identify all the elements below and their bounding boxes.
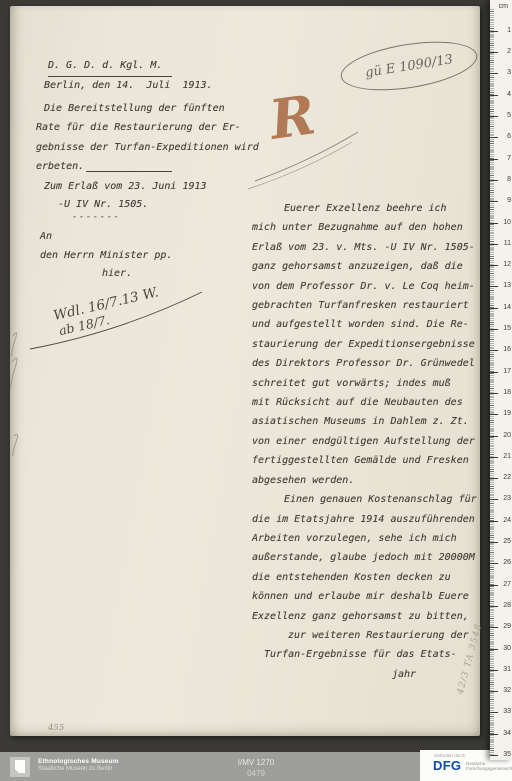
dfg-name-line2: Forschungsgemeinschaft [466, 766, 512, 771]
ruler-cm-label: 28 [499, 602, 511, 610]
reference-line-1: Zum Erlaß vom 23. Juni 1913 [44, 177, 207, 196]
letter-text-line: staurierung der Expeditionsergebnisse [252, 335, 480, 354]
ruler-cm-tick [490, 521, 498, 522]
ruler-cm-tick [490, 734, 498, 735]
letter-text-line: Euerer Exzellenz beehre ich [252, 199, 480, 218]
ruler-cm-tick [490, 329, 498, 330]
ruler-cm-label: 24 [499, 517, 511, 525]
letter-body: Euerer Exzellenz beehre ichmich unter Be… [252, 199, 480, 684]
ruler-cm-label: 33 [499, 708, 511, 716]
ruler-cm-tick [490, 542, 498, 543]
letter-text-line: von einer endgültigen Aufstellung der [252, 432, 480, 451]
letter-header-abbreviation: D. G. D. d. Kgl. M. [48, 56, 172, 77]
ruler-cm-label: 17 [499, 368, 511, 376]
ruler-cm-tick [490, 116, 498, 117]
ruler-cm-tick [490, 286, 498, 287]
ruler-cm-tick [490, 627, 498, 628]
letter-text-line: und aufgestellt worden sind. Die Re- [252, 315, 480, 334]
letter-text-line: des Direktors Professor Dr. Grünwedel [252, 354, 480, 373]
pencil-page-number: 455 [48, 723, 64, 733]
ruler-cm-tick [490, 159, 498, 160]
letter-text-line: Exzellenz ganz gehorsamst zu bitten, [252, 607, 480, 626]
ruler-cm-tick [490, 393, 498, 394]
ruler-cm-tick [490, 755, 498, 756]
ruler-cm-label: 22 [499, 474, 511, 482]
ruler-cm-tick [490, 478, 498, 479]
letter-text-line: mich unter Bezugnahme auf den hohen [252, 218, 480, 237]
dfg-acronym: DFG [433, 758, 461, 773]
addressee-name: den Herrn Minister pp. [40, 246, 172, 265]
ruler-cm-tick [490, 649, 498, 650]
paraph-initial: R [266, 87, 318, 147]
ruler-cm-tick [490, 670, 498, 671]
ruler-cm-tick [490, 712, 498, 713]
ruler-cm-tick [490, 436, 498, 437]
ruler-cm-tick [490, 563, 498, 564]
ruler-cm-tick [490, 223, 498, 224]
ruler-cm-label: 26 [499, 559, 511, 567]
archive-scan-viewer: D. G. D. d. Kgl. M. Berlin, den 14. Juli… [0, 0, 512, 781]
registry-number-annotation: gü E 1090/13 [337, 33, 480, 98]
letter-text-line: mit Rücksicht auf die Neubauten des [252, 393, 480, 412]
ruler-cm-label: 7 [499, 155, 511, 163]
viewer-footer-bar: Ethnologisches Museum Staatliche Museen … [0, 752, 512, 781]
ruler-cm-label: 25 [499, 538, 511, 546]
letter-paper: D. G. D. d. Kgl. M. Berlin, den 14. Juli… [10, 6, 480, 736]
letter-text-line: Rate für die Restaurierung der Er- [36, 118, 259, 137]
ruler-cm-tick [490, 457, 498, 458]
letter-text-line: gebrachten Turfanfresken restauriert [252, 296, 480, 315]
letter-text-line: außerstande, glaube jedoch mit 20000M [252, 548, 480, 567]
ruler-cm-tick [490, 244, 498, 245]
letter-text-line: erbeten. [36, 157, 259, 176]
registry-number-text: gü E 1090/13 [364, 52, 454, 81]
letter-dateline: Berlin, den 14. Juli 1913. [44, 76, 213, 95]
letter-text-line: jahr [252, 665, 480, 684]
ruler-cm-label: 15 [499, 325, 511, 333]
reference-dashes: ------- [72, 208, 120, 227]
ruler-cm-label: 2 [499, 48, 511, 56]
letter-text-line: Arbeiten vorzulegen, sehe ich mich [252, 529, 480, 548]
ruler-cm-tick [490, 691, 498, 692]
ruler-cm-tick [490, 265, 498, 266]
letter-text-line: ganz gehorsamst anzuzeigen, daß die [252, 257, 480, 276]
ruler-cm-label: 16 [499, 346, 511, 354]
ruler-cm-tick [490, 95, 498, 96]
ruler-cm-tick [490, 414, 498, 415]
ruler-cm-tick [490, 499, 498, 500]
ruler-cm-label: 3 [499, 69, 511, 77]
ruler-cm-label: 6 [499, 133, 511, 141]
ruler-cm-tick [490, 137, 498, 138]
ruler-cm-label: 30 [499, 645, 511, 653]
ruler-cm-label: 18 [499, 389, 511, 397]
letter-text-line: Einen genauen Kostenanschlag für [252, 490, 480, 509]
ruler-cm-label: 20 [499, 432, 511, 440]
letter-text-line: Turfan-Ergebnisse für das Etats- [252, 645, 480, 664]
ruler-cm-label: 14 [499, 304, 511, 312]
letter-text-line: zur weiteren Restaurierung der [252, 626, 480, 645]
ruler-cm-label: 23 [499, 495, 511, 503]
letter-subject-block: Die Bereitstellung der fünftenRate für d… [36, 99, 259, 177]
ruler-cm-label: 1 [499, 27, 511, 35]
ruler-cm-tick [490, 372, 498, 373]
ruler-cm-tick [490, 585, 498, 586]
ruler-cm-tick [490, 31, 498, 32]
ruler-cm-label: 32 [499, 687, 511, 695]
letter-text-line: die im Etatsjahre 1914 auszuführenden [252, 510, 480, 529]
ruler-cm-tick [490, 350, 498, 351]
ruler-cm-tick [490, 180, 498, 181]
ruler-cm-tick [490, 606, 498, 607]
letter-text-line: von dem Professor Dr. v. Le Coq heim- [252, 277, 480, 296]
letter-text-line: fertiggestellten Gemälde und Fresken [252, 451, 480, 470]
ruler-cm-label: 34 [499, 730, 511, 738]
ruler-cm-label: 21 [499, 453, 511, 461]
letter-text-line: abgesehen werden. [252, 471, 480, 490]
ruler-cm-label: 11 [499, 240, 511, 248]
ruler-cm-label: 29 [499, 623, 511, 631]
ruler-cm-label: 13 [499, 282, 511, 290]
letter-text-line: asiatischen Museums in Dahlem z. Zt. [252, 412, 480, 431]
ruler-cm-label: 31 [499, 666, 511, 674]
ruler-cm-label: 35 [499, 751, 511, 759]
dfg-full-name: Deutsche Forschungsgemeinschaft [466, 761, 512, 771]
ruler-cm-tick [490, 308, 498, 309]
ruler-cm-label: 4 [499, 91, 511, 99]
ruler-cm-label: 27 [499, 581, 511, 589]
ruler-cm-label: 12 [499, 261, 511, 269]
ruler-cm-tick [490, 52, 498, 53]
ruler-cm-label: 5 [499, 112, 511, 120]
ruler-cm-tick [490, 73, 498, 74]
letter-text-line: Erlaß vom 23. v. Mts. -U IV Nr. 1505- [252, 238, 480, 257]
addressee-place: hier. [102, 264, 132, 283]
addressee-an: An [40, 227, 52, 246]
ruler-cm-label: 10 [499, 219, 511, 227]
subject-underline [86, 171, 172, 172]
ruler-unit-label: cm [499, 3, 508, 10]
ruler-cm-label: 8 [499, 176, 511, 184]
measurement-ruler: cm 1234567891011121314151617181920212223… [490, 0, 512, 760]
letter-text-line: die entstehenden Kosten decken zu [252, 568, 480, 587]
letter-text-line: können und erlaube mir deshalb Euere [252, 587, 480, 606]
disposal-note: Wdl. 16/7.13 W. ab 18/7. [52, 284, 164, 338]
letter-text-line: schreitet gut vorwärts; indes muß [252, 374, 480, 393]
letter-text-line: gebnisse der Turfan-Expeditionen wird [36, 138, 259, 157]
ruler-cm-tick [490, 201, 498, 202]
ruler-cm-label: 19 [499, 410, 511, 418]
ruler-millimeter-ticks [490, 9, 494, 755]
ruler-cm-label: 9 [499, 197, 511, 205]
letter-text-line: Die Bereitstellung der fünften [36, 99, 259, 118]
